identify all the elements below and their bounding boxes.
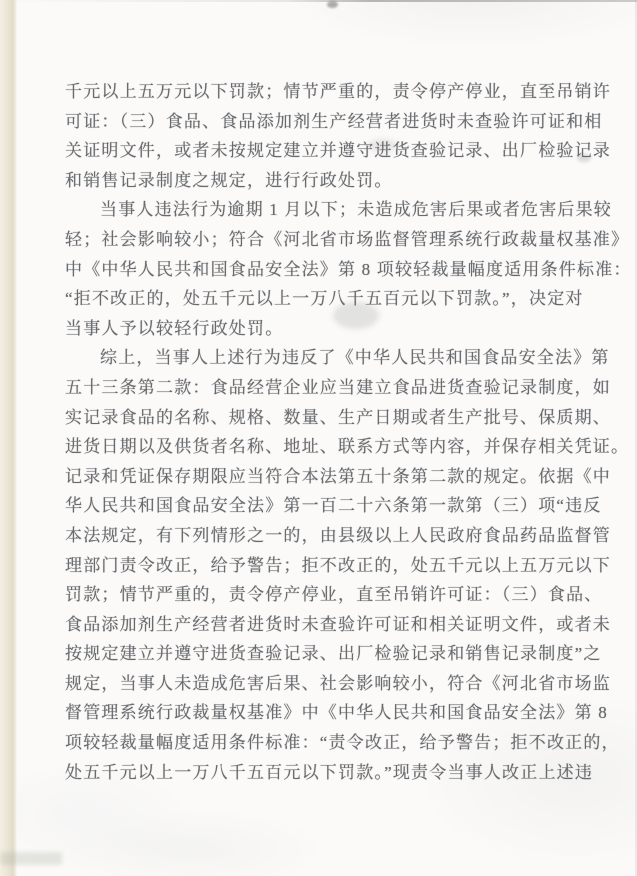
text-line: 轻；社会影响较小；符合《河北省市场监督管理系统行政裁量权基准》 — [65, 225, 621, 255]
text-line: 综上，当事人上述行为违反了《中华人民共和国食品安全法》第 — [65, 343, 621, 373]
scan-smudge — [327, 1, 338, 8]
scan-edge-top — [0, 0, 637, 2]
scan-smudge — [0, 852, 62, 865]
text-line: 千元以上五万元以下罚款；情节严重的，责令停产停业，直至吊销许 — [65, 77, 621, 107]
scanned-document-page: 千元以上五万元以下罚款；情节严重的，责令停产停业，直至吊销许可证：（三）食品、食… — [0, 0, 637, 876]
text-line: 当事人予以较轻行政处罚。 — [65, 314, 621, 344]
text-line: 记录和凭证保存期限应当符合本法第五十条第二款的规定。依据《中 — [65, 462, 621, 492]
text-line: 处五千元以上一万八千五百元以下罚款。”现责令当事人改正上述违 — [65, 758, 621, 788]
text-line: 理部门责令改正，给予警告；拒不改正的，处五千元以上五万元以下 — [65, 551, 621, 581]
text-line: 罚款；情节严重的，责令停产停业，直至吊销许可证：（三）食品、 — [65, 580, 621, 610]
document-text: 千元以上五万元以下罚款；情节严重的，责令停产停业，直至吊销许可证：（三）食品、食… — [65, 77, 621, 787]
scan-edge-left — [0, 0, 17, 876]
text-line: 关证明文件，或者未按规定建立并遵守进货查验记录、出厂检验记录 — [65, 136, 621, 166]
text-line: 五十三条第二款：食品经营企业应当建立食品进货查验记录制度，如 — [65, 373, 621, 403]
text-line: 食品添加剂生产经营者进货时未查验许可证和相关证明文件，或者未 — [65, 610, 621, 640]
text-line: 本法规定，有下列情形之一的，由县级以上人民政府食品药品监督管 — [65, 521, 621, 551]
text-line: 进货日期以及供货者名称、地址、联系方式等内容，并保存相关凭证。 — [65, 432, 621, 462]
text-line: 华人民共和国食品安全法》第一百二十六条第一款第（三）项“违反 — [65, 491, 621, 521]
text-line: 可证：（三）食品、食品添加剂生产经营者进货时未查验许可证和相 — [65, 107, 621, 137]
text-line: 中《中华人民共和国食品安全法》第 8 项较轻裁量幅度适用条件标准： — [65, 255, 621, 285]
text-line: 项较轻裁量幅度适用条件标准：“责令改正，给予警告；拒不改正的， — [65, 728, 621, 758]
text-line: 当事人违法行为逾期 1 月以下；未造成危害后果或者危害后果较 — [65, 195, 621, 225]
text-line: “拒不改正的，处五千元以上一万八千五百元以下罚款。”，决定对 — [65, 284, 621, 314]
text-line: 按规定建立并遵守进货查验记录、出厂检验记录和销售记录制度”之 — [65, 639, 621, 669]
text-line: 规定，当事人未造成危害后果、社会影响较小，符合《河北省市场监 — [65, 669, 621, 699]
text-line: 和销售记录制度之规定，进行行政处罚。 — [65, 166, 621, 196]
text-line: 督管理系统行政裁量权基准》中《中华人民共和国食品安全法》第 8 — [65, 698, 621, 728]
text-line: 实记录食品的名称、规格、数量、生产日期或者生产批号、保质期、 — [65, 403, 621, 433]
